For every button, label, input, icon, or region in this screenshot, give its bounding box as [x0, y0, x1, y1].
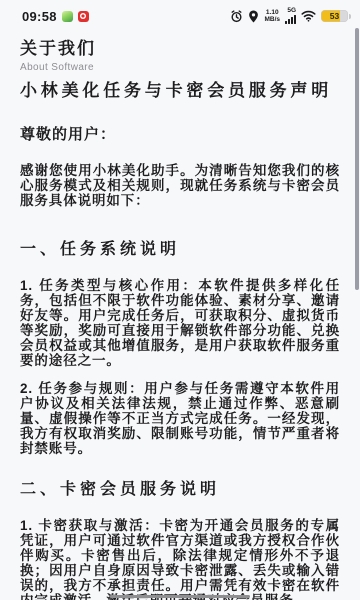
task-system-paragraph-1: 1. 任务类型与核心作用：本软件提供多样化任务，包括但不限于软件功能体验、素材分… — [20, 278, 340, 368]
status-bar: 09:58 1.10 MB/s — [0, 0, 360, 30]
page-subtitle: About Software — [20, 62, 340, 73]
phone-screen: 09:58 1.10 MB/s — [0, 0, 360, 600]
location-icon — [248, 10, 259, 23]
intro-paragraph: 感谢您使用小林美化助手。为清晰告知您我们的核心服务模式及相关规则，现就任务系统与… — [20, 163, 340, 208]
battery-percent: 53 — [330, 11, 339, 21]
section-title-card-membership: 二、卡密会员服务说明 — [20, 480, 340, 499]
wifi-icon — [301, 10, 316, 22]
card-membership-paragraph-1: 1. 卡密获取与激活：卡密为开通会员服务的专属凭证，用户可通过软件官方渠道或我方… — [20, 518, 340, 600]
salutation: 尊敬的用户： — [20, 123, 340, 144]
gesture-navigation-handle[interactable] — [110, 595, 250, 598]
about-page-content: 关于我们 About Software 小林美化任务与卡密会员服务声明 尊敬的用… — [0, 30, 360, 600]
section-title-task-system: 一、任务系统说明 — [20, 240, 340, 259]
task-system-paragraph-2: 2. 任务参与规则：用户参与任务需遵守本软件用户协议及相关法律法规，禁止通过作弊… — [20, 381, 340, 456]
signal-strength-bars — [285, 15, 296, 24]
page-title: 关于我们 — [20, 39, 340, 59]
scrollbar-thumb[interactable] — [355, 28, 359, 290]
alarm-icon — [230, 10, 243, 23]
signal-bars-icon: 5G — [285, 8, 296, 24]
battery-icon: 53 — [321, 10, 348, 22]
gallery-notification-icon — [62, 11, 73, 22]
network-type-label: 5G — [287, 8, 296, 14]
network-speed-value: 1.10 — [266, 9, 279, 16]
network-speed-indicator: 1.10 MB/s — [264, 9, 280, 23]
network-speed-unit: MB/s — [264, 16, 280, 23]
status-bar-left: 09:58 — [22, 9, 89, 24]
clock-time: 09:58 — [22, 9, 57, 24]
red-app-notification-icon — [78, 11, 89, 22]
status-bar-right: 1.10 MB/s 5G 53 — [230, 8, 348, 24]
document-heading: 小林美化任务与卡密会员服务声明 — [20, 81, 340, 101]
